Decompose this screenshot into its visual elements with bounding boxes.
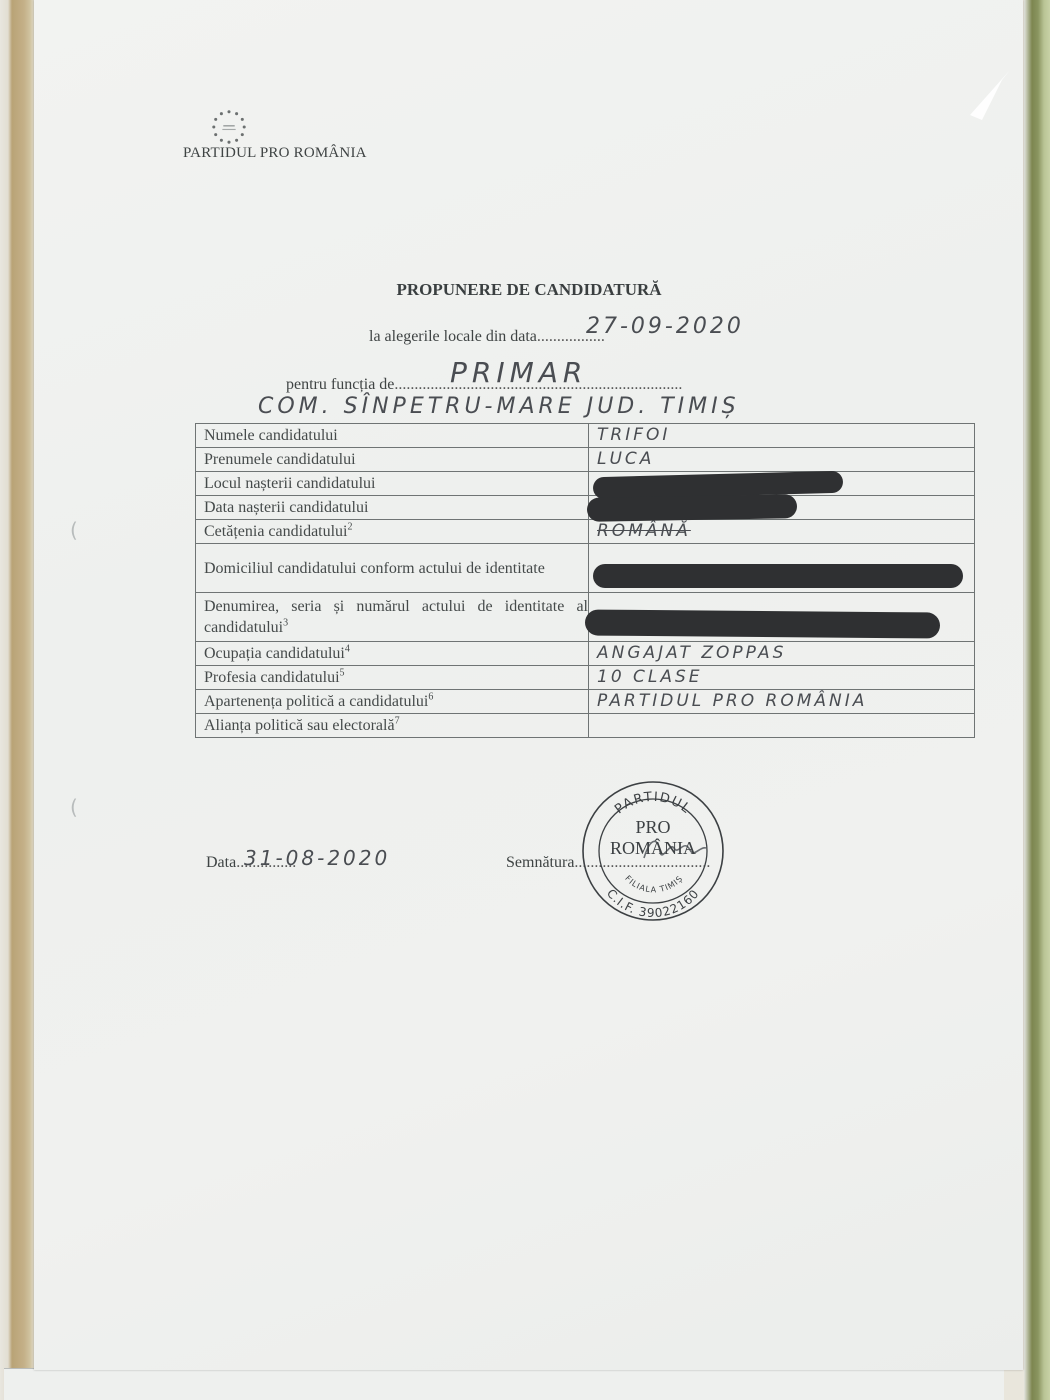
candidate-form-table: Numele candidatului TRIFOI Prenumele can… [195, 423, 975, 738]
row-value: ROMÂNĂ [589, 520, 975, 544]
row-label: Data nașterii candidatului [196, 496, 589, 520]
election-date-label: la alegerile locale din data [369, 328, 537, 345]
row-label: Prenumele candidatului [196, 448, 589, 472]
locality-value: COM. SÎNPETRU-MARE JUD. TIMIȘ [258, 394, 740, 419]
surname-value: TRIFOI [597, 425, 670, 445]
signature-label: Semnătura [506, 854, 574, 871]
table-row: Domiciliul candidatului conform actului … [196, 544, 975, 593]
row-value [589, 472, 975, 496]
table-row: Locul nașterii candidatului [196, 472, 975, 496]
document-title: PROPUNERE DE CANDIDATURĂ [0, 280, 1050, 300]
row-value [589, 544, 975, 593]
svg-text:PARTIDUL: PARTIDUL [612, 790, 694, 818]
election-date-value: 27-09-2020 [586, 314, 744, 339]
redaction-mark [593, 564, 963, 588]
table-row: Alianța politică sau electorală7 [196, 714, 975, 738]
row-value: TRIFOI [589, 424, 975, 448]
table-row: Data nașterii candidatului [196, 496, 975, 520]
profession-value: 10 CLASE [597, 667, 703, 687]
row-label: Locul nașterii candidatului [196, 472, 589, 496]
background-right-edge [1024, 0, 1050, 1400]
row-label: Denumirea, seria și numărul actului de i… [196, 593, 589, 642]
table-row: Ocupația candidatului4 ANGAJAT ZOPPAS [196, 642, 975, 666]
punch-hole-mark: ( [70, 795, 78, 819]
stamp-center-line2: ROMÂNIA [610, 837, 696, 858]
punch-hole-mark: ( [70, 518, 78, 542]
row-value: ANGAJAT ZOPPAS [589, 642, 975, 666]
stamp-center-line1: PRO [635, 817, 670, 837]
row-label: Cetățenia candidatului2 [196, 520, 589, 544]
table-row: Profesia candidatului5 10 CLASE [196, 666, 975, 690]
row-value: LUCA [589, 448, 975, 472]
redaction-mark [587, 494, 797, 522]
redaction-mark [585, 609, 940, 638]
underlying-sheet [4, 1368, 1004, 1400]
footer-date-value: 31-08-2020 [244, 846, 390, 870]
background-left-edge [0, 0, 36, 1400]
stamp-top-text: PARTIDUL [612, 790, 694, 818]
first-name-value: LUCA [597, 449, 654, 469]
row-value [589, 593, 975, 642]
row-value [589, 496, 975, 520]
svg-text:FILIALA TIMIȘ: FILIALA TIMIȘ [623, 874, 685, 895]
row-label: Domiciliul candidatului conform actului … [196, 544, 589, 593]
citizenship-value: ROMÂNĂ [597, 521, 691, 541]
table-row: Apartenența politică a candidatului6 PAR… [196, 690, 975, 714]
footer-date-label: Data [206, 854, 236, 871]
function-value: PRIMAR [450, 356, 587, 389]
election-date-line: la alegerile locale din data............… [369, 328, 605, 346]
table-row: Numele candidatului TRIFOI [196, 424, 975, 448]
row-label: Apartenența politică a candidatului6 [196, 690, 589, 714]
occupation-value: ANGAJAT ZOPPAS [597, 643, 786, 663]
row-value: 10 CLASE [589, 666, 975, 690]
party-stamp: PARTIDUL C.I.F. 39022160 FILIALA TIMIȘ P… [581, 779, 726, 924]
stamp-inner-text: FILIALA TIMIȘ [623, 874, 685, 895]
row-value: PARTIDUL PRO ROMÂNIA [589, 690, 975, 714]
row-value [589, 714, 975, 738]
row-label: Profesia candidatului5 [196, 666, 589, 690]
table-row: Denumirea, seria și numărul actului de i… [196, 593, 975, 642]
table-row: Prenumele candidatului LUCA [196, 448, 975, 472]
row-label: Numele candidatului [196, 424, 589, 448]
table-row: Cetățenia candidatului2 ROMÂNĂ [196, 520, 975, 544]
row-label: Alianța politică sau electorală7 [196, 714, 589, 738]
party-logo-icon [210, 108, 248, 146]
political-affiliation-value: PARTIDUL PRO ROMÂNIA [597, 691, 867, 711]
row-label: Ocupația candidatului4 [196, 642, 589, 666]
function-label: pentru funcția de [286, 376, 394, 393]
party-header: PARTIDUL PRO ROMÂNIA [183, 145, 367, 162]
